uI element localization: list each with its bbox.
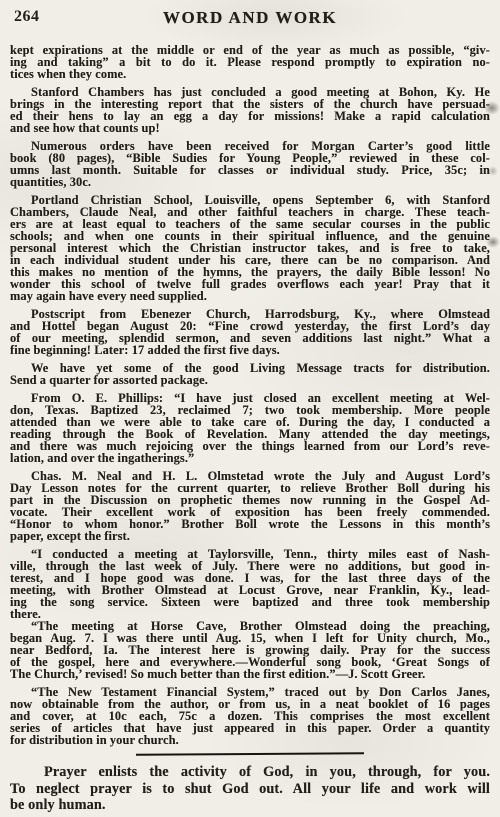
paragraph: Postscript from Ebenezer Church, Harrods…	[10, 308, 490, 356]
paragraph: “I conducted a meeting at Taylorsville, …	[10, 548, 490, 620]
footer-note: Prayer enlists the activity of God, in y…	[10, 764, 490, 814]
text-line: To neglect prayer is to shut God out. Al…	[10, 781, 490, 798]
paragraph: Chas. M. Neal and H. L. Olmstetad wrote …	[10, 470, 490, 542]
body-paragraphs: kept expirations at the middle or end of…	[10, 44, 490, 746]
text-line: for distribution in your church.	[10, 734, 490, 746]
text-line: and see how that counts up!	[10, 122, 490, 134]
text-line: may again have every need supplied.	[10, 290, 490, 302]
text-line: paper, except the first.	[10, 530, 490, 542]
journal-title: WORD AND WORK	[10, 7, 490, 28]
paragraph: Numerous orders have been received for M…	[10, 140, 490, 188]
text-line: Send a quarter for assorted package.	[10, 374, 490, 386]
text-line: be only human.	[10, 797, 490, 814]
text-line: The Church,’ revised! So much better tha…	[10, 668, 490, 680]
paragraph: We have yet some of the good Living Mess…	[10, 362, 490, 386]
text-line: lation, and over the ingatherings.”	[10, 452, 490, 464]
scanned-page: 264 WORD AND WORK kept expirations at th…	[0, 0, 500, 817]
paragraph: kept expirations at the middle or end of…	[10, 44, 490, 80]
page-header: 264 WORD AND WORK	[10, 7, 490, 31]
text-line: Prayer enlists the activity of God, in y…	[10, 764, 490, 781]
text-line: quantities, 30c.	[10, 176, 490, 188]
page-number: 264	[14, 8, 40, 26]
paragraph: “The meeting at Horse Cave, Brother Olms…	[10, 620, 490, 680]
paragraph: From O. E. Phillips: “I have just closed…	[10, 392, 490, 464]
text-line: fine beginning! Later: 17 added the firs…	[10, 344, 490, 356]
text-line: tices when they come.	[10, 68, 490, 80]
section-divider-rule	[136, 752, 364, 756]
paragraph: Stanford Chambers has just concluded a g…	[10, 86, 490, 134]
paragraph: “The New Testament Financial System,” tr…	[10, 686, 490, 746]
paragraph: Portland Christian School, Louisville, o…	[10, 194, 490, 302]
text-line: ing the song service. Sixteen were bapti…	[10, 596, 490, 608]
